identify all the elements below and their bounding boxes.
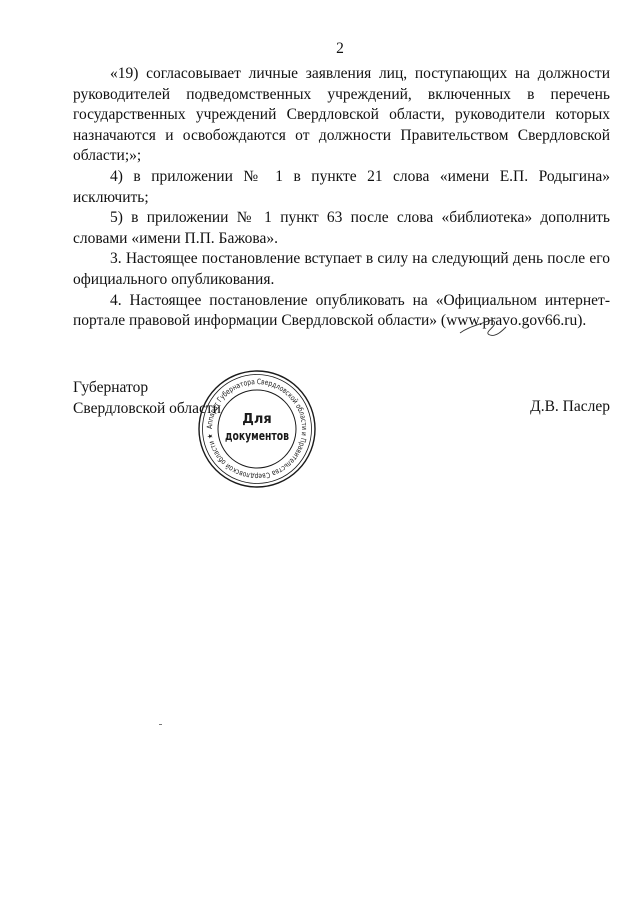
document-body: «19) согласовывает личные заявления лиц,…: [73, 64, 610, 332]
page-number: 2: [0, 40, 640, 58]
signatory-name: Д.В. Паслер: [530, 398, 610, 416]
paragraph-3: 3. Настоящее постановление вступает в си…: [73, 249, 610, 290]
portal-url-text: www.pravo.gov66.ru: [446, 312, 577, 329]
stamp-center-line2: документов: [225, 429, 289, 443]
paragraph-4-tail: ).: [577, 312, 586, 329]
paragraph-item-19: «19) согласовывает личные заявления лиц,…: [73, 64, 610, 167]
paragraph-item-4: 4) в приложении № 1 в пункте 21 слова «и…: [73, 167, 610, 208]
official-stamp: Аппарат Губернатора Свердловской области…: [196, 369, 318, 489]
paragraph-4: 4. Настоящее постановление опубликовать …: [73, 291, 610, 332]
stamp-center-line1: Для: [242, 412, 271, 427]
scan-speck: [159, 724, 162, 725]
paragraph-item-5: 5) в приложении № 1 пункт 63 после слова…: [73, 208, 610, 249]
portal-url: www.pravo.gov66.ru: [446, 312, 577, 329]
